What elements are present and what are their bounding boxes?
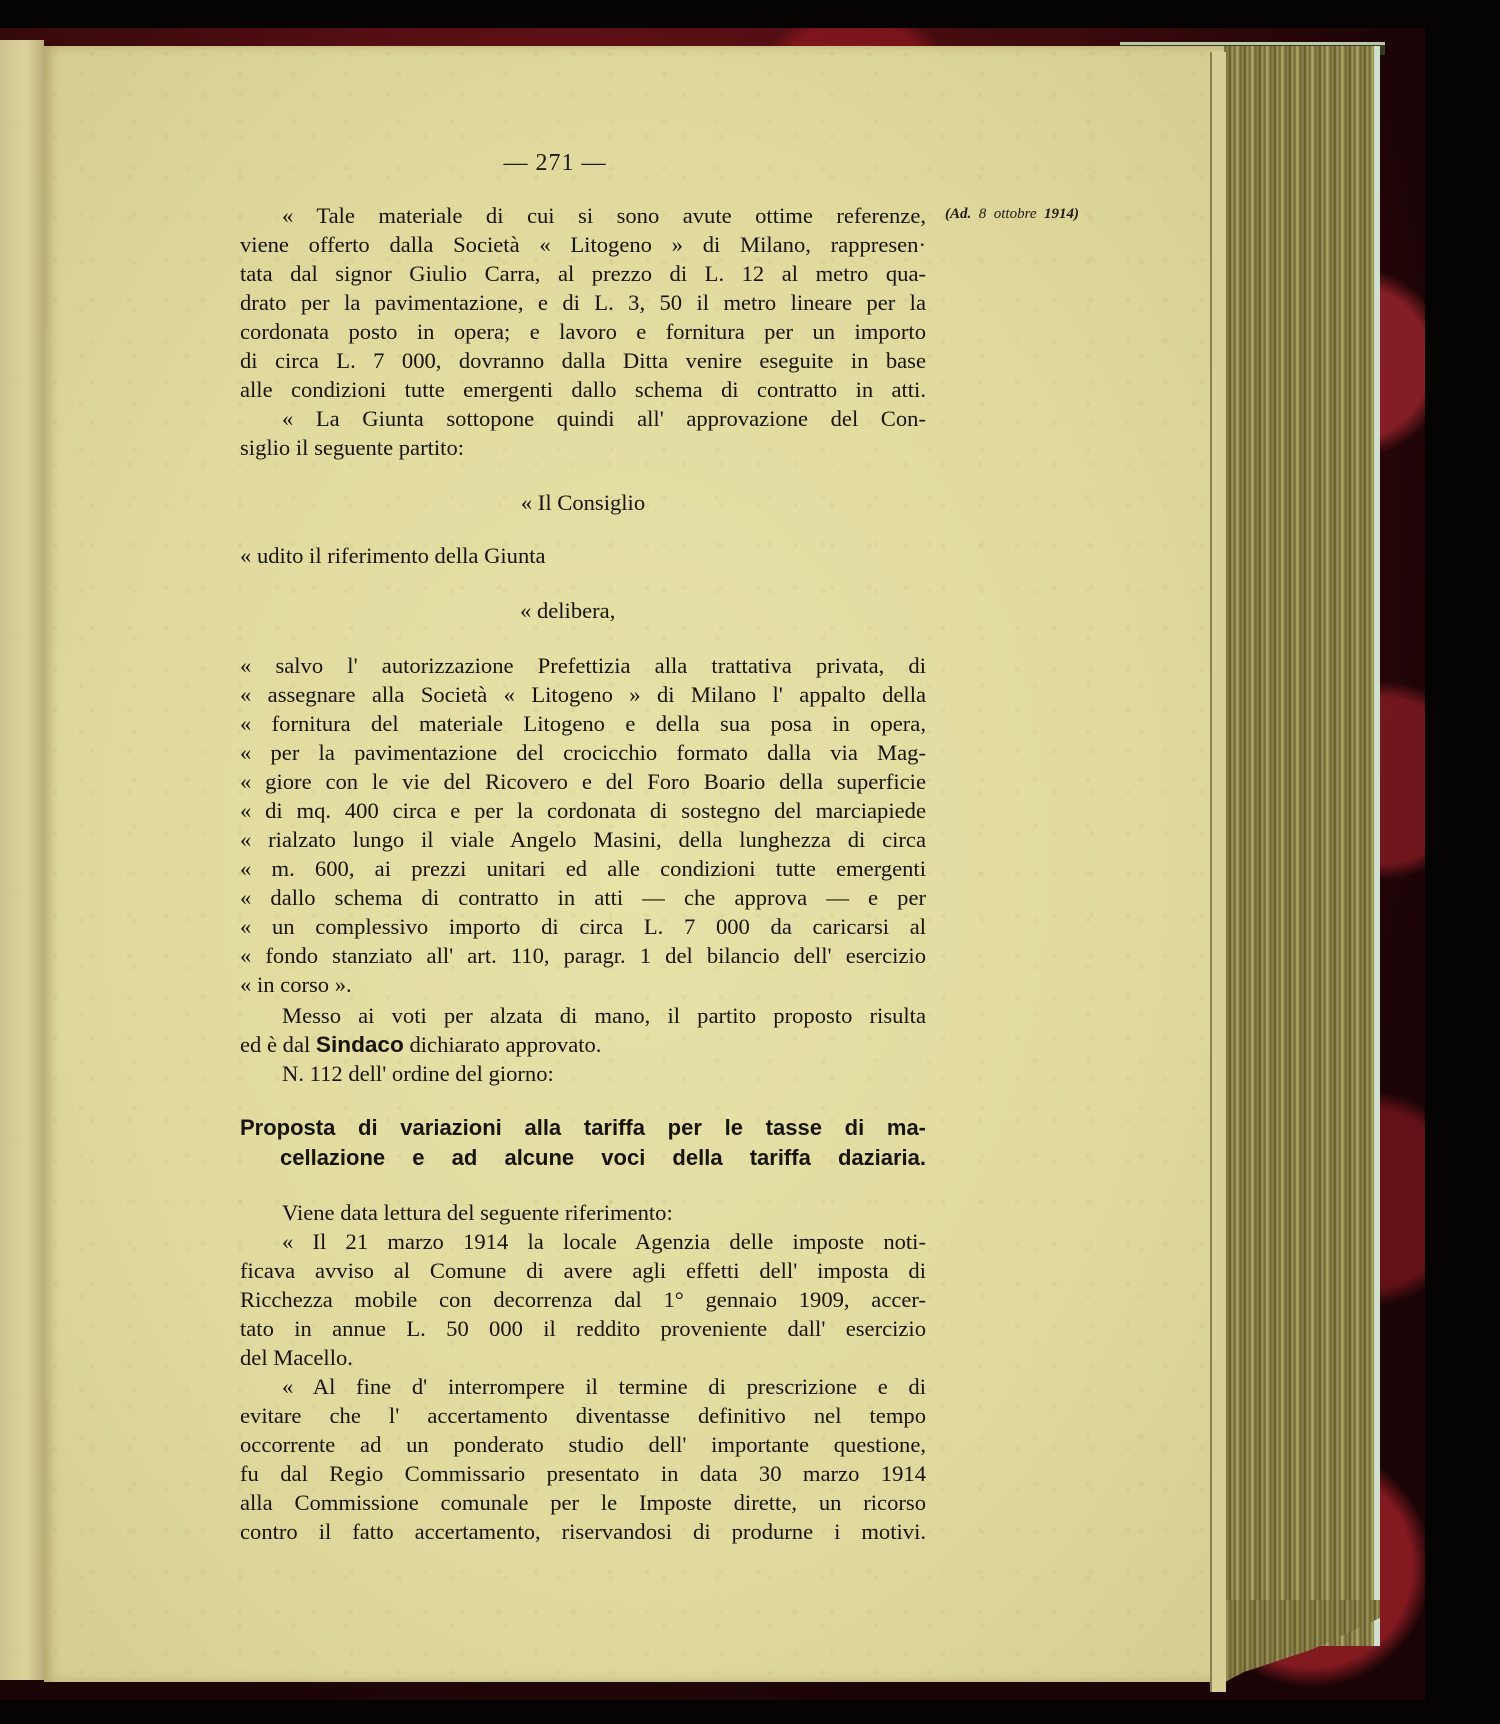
text-line: « dallo schema di contratto in atti — ch…: [240, 883, 926, 912]
delibera-line: « delibera,: [240, 596, 926, 625]
text-line: fu dal Regio Commissario presentato in d…: [240, 1459, 926, 1488]
section-heading: Proposta di variazioni alla tariffa per …: [240, 1113, 926, 1173]
text-line: ed è dal Sindaco dichiarato approvato.: [240, 1030, 926, 1059]
text-line: siglio il seguente partito:: [240, 433, 926, 462]
margin-note-month: ottobre: [994, 206, 1037, 222]
heading-line: cellazione e ad alcune voci della tariff…: [240, 1143, 926, 1173]
text-line: alla Commissione comunale per le Imposte…: [240, 1488, 926, 1517]
text-line: cordonata posto in opera; e lavoro e for…: [240, 317, 926, 346]
vote-text-post: dichiarato approvato.: [409, 1032, 601, 1057]
text-line: alle condizioni tutte emergenti dallo sc…: [240, 375, 926, 404]
margin-note-year: 1914): [1044, 206, 1079, 222]
margin-note-day: 8: [979, 206, 987, 222]
paragraph-materiale: « Tale materiale di cui si sono avute ot…: [240, 201, 926, 462]
text-line: « fondo stanziato all' art. 110, paragr.…: [240, 941, 926, 970]
text-line: contro il fatto accertamento, riservando…: [240, 1517, 926, 1546]
text-line: ficava avviso al Comune di avere agli ef…: [240, 1256, 926, 1285]
resolution-delibera: « delibera,: [240, 596, 926, 625]
paragraph-riferimento: Viene data lettura del seguente riferime…: [240, 1198, 926, 1546]
resolution-header: « Il Consiglio: [240, 488, 926, 517]
text-line: drato per la pavimentazione, e di L. 3, …: [240, 288, 926, 317]
text-line: « m. 600, ai prezzi unitari ed alle cond…: [240, 854, 926, 883]
text-line: « un complessivo importo di circa L. 7 0…: [240, 912, 926, 941]
text-line: « per la pavimentazione del crocicchio f…: [240, 738, 926, 767]
text-line: « Tale materiale di cui si sono avute ot…: [240, 201, 926, 230]
resolution-udito: « udito il riferimento della Giunta: [240, 541, 926, 570]
text-line: « Il 21 marzo 1914 la locale Agenzia del…: [240, 1227, 926, 1256]
vote-paragraph: Messo ai voti per alzata di mano, il par…: [240, 1001, 926, 1088]
heading-line: Proposta di variazioni alla tariffa per …: [240, 1113, 926, 1143]
text-line: evitare che l' accertamento diventasse d…: [240, 1401, 926, 1430]
text-line: « salvo l' autorizzazione Prefettizia al…: [240, 651, 926, 680]
left-page-edge: [0, 40, 44, 1680]
text-line: « assegnare alla Società « Litogeno » di…: [240, 680, 926, 709]
text-line: « La Giunta sottopone quindi all' approv…: [240, 404, 926, 433]
text-line: « Al fine d' interrompere il termine di …: [240, 1372, 926, 1401]
text-line: viene offerto dalla Società « Litogeno »…: [240, 230, 926, 259]
page-block-fore-edge: [1210, 46, 1380, 1646]
sindaco-label: Sindaco: [316, 1032, 404, 1057]
page-number: — 271 —: [470, 150, 640, 177]
text-line: « in corso ».: [240, 970, 926, 999]
text-line: occorrente ad un ponderato studio dell' …: [240, 1430, 926, 1459]
agenda-item-number: N. 112 dell' ordine del giorno:: [240, 1059, 926, 1088]
text-line: Viene data lettura del seguente riferime…: [240, 1198, 926, 1227]
margin-date-note: (Ad. 8 ottobre 1914): [945, 206, 1079, 223]
text-line: « di mq. 400 circa e per la cordonata di…: [240, 796, 926, 825]
text-line: di circa L. 7 000, dovranno dalla Ditta …: [240, 346, 926, 375]
consiglio-heading: « Il Consiglio: [240, 488, 926, 517]
text-line: « fornitura del materiale Litogeno e del…: [240, 709, 926, 738]
resolution-body: « salvo l' autorizzazione Prefettizia al…: [240, 651, 926, 999]
udito-line: « udito il riferimento della Giunta: [240, 541, 926, 570]
margin-note-prefix: (Ad.: [945, 206, 971, 222]
text-line: « giore con le vie del Ricovero e del Fo…: [240, 767, 926, 796]
page-edge-strip: [1210, 52, 1226, 1692]
text-line: tato in annue L. 50 000 il reddito prove…: [240, 1314, 926, 1343]
text-line: Ricchezza mobile con decorrenza dal 1° g…: [240, 1285, 926, 1314]
vote-text-pre: ed è dal: [240, 1032, 310, 1057]
text-line: « rialzato lungo il viale Angelo Masini,…: [240, 825, 926, 854]
text-line: Messo ai voti per alzata di mano, il par…: [240, 1001, 926, 1030]
text-line: tata dal signor Giulio Carra, al prezzo …: [240, 259, 926, 288]
text-line: del Macello.: [240, 1343, 926, 1372]
